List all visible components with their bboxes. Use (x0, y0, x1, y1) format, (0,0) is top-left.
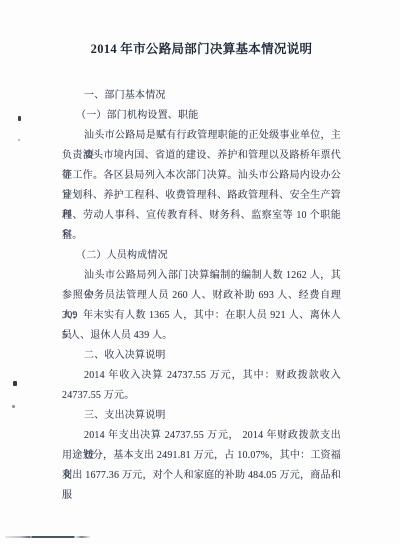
text-line: 汕头市公路局列入部门决算编制的编制人数 1262 人，其中： (62, 266, 341, 286)
text-line: 2014 年收入决算 24737.55 万元，其中：财政拨款收入 (62, 366, 341, 386)
text-line: 计划科、养护工程科、收费管理科、路政管理科、安全生产管理 (62, 186, 341, 206)
text-line: 科、劳动人事科、宣传教育科、财务科、监察室等 10 个职能科 (62, 206, 341, 226)
text-line: 5 人、退休人员 439 人。 (62, 326, 341, 346)
text-line: 人；年末实有人数 1365 人，其中：在职人员 921 人、离休人员 (62, 306, 341, 326)
scan-speck (18, 116, 21, 121)
text-line: 三、支出决算说明 (62, 406, 341, 426)
text-line: （二）人员构成情况 (62, 246, 341, 266)
text-line: 负责汕头市境内国、省道的建设、养护和管理以及路桥年票代征 (62, 146, 341, 166)
scan-speck (13, 381, 17, 386)
scan-speck (18, 139, 20, 141)
text-line: 一、部门基本情况 (62, 86, 341, 106)
text-line: 汕头市公路局是赋有行政管理职能的正处级事业单位，主要 (62, 126, 341, 146)
text-line: 室。 (62, 226, 341, 246)
scan-line-artifact (5, 536, 90, 538)
text-line: 二、收入决算说明 (62, 346, 341, 366)
text-line: 2014 年支出决算 24737.55 万元， 2014 年财政拨款支出按 (62, 426, 341, 446)
document-title: 2014 年市公路局部门决算基本情况说明 (62, 40, 341, 58)
text-line: （一）部门机构设置、职能 (62, 106, 341, 126)
text-line: 支出 1677.36 万元，对个人和家庭的补助 484.05 万元，商品和服 (62, 466, 341, 486)
scanned-document-page: 2014 年市公路局部门决算基本情况说明 一、部门基本情况（一）部门机构设置、职… (0, 0, 400, 544)
text-line: 等工作。各区县局列入本次部门决算。汕头市公路局内设办公室、 (62, 166, 341, 186)
document-body: 一、部门基本情况（一）部门机构设置、职能汕头市公路局是赋有行政管理职能的正处级事… (62, 86, 341, 486)
text-line: 参照公务员法管理人员 260 人、财政补助 693 人、经费自理 309 (62, 286, 341, 306)
scan-speck (12, 405, 15, 408)
text-line: 用途划分，基本支出 2491.81 万元，占 10.07%，其中：工资福利 (62, 446, 341, 466)
document-content: 2014 年市公路局部门决算基本情况说明 一、部门基本情况（一）部门机构设置、职… (62, 0, 341, 486)
text-line: 24737.55 万元。 (62, 386, 341, 406)
